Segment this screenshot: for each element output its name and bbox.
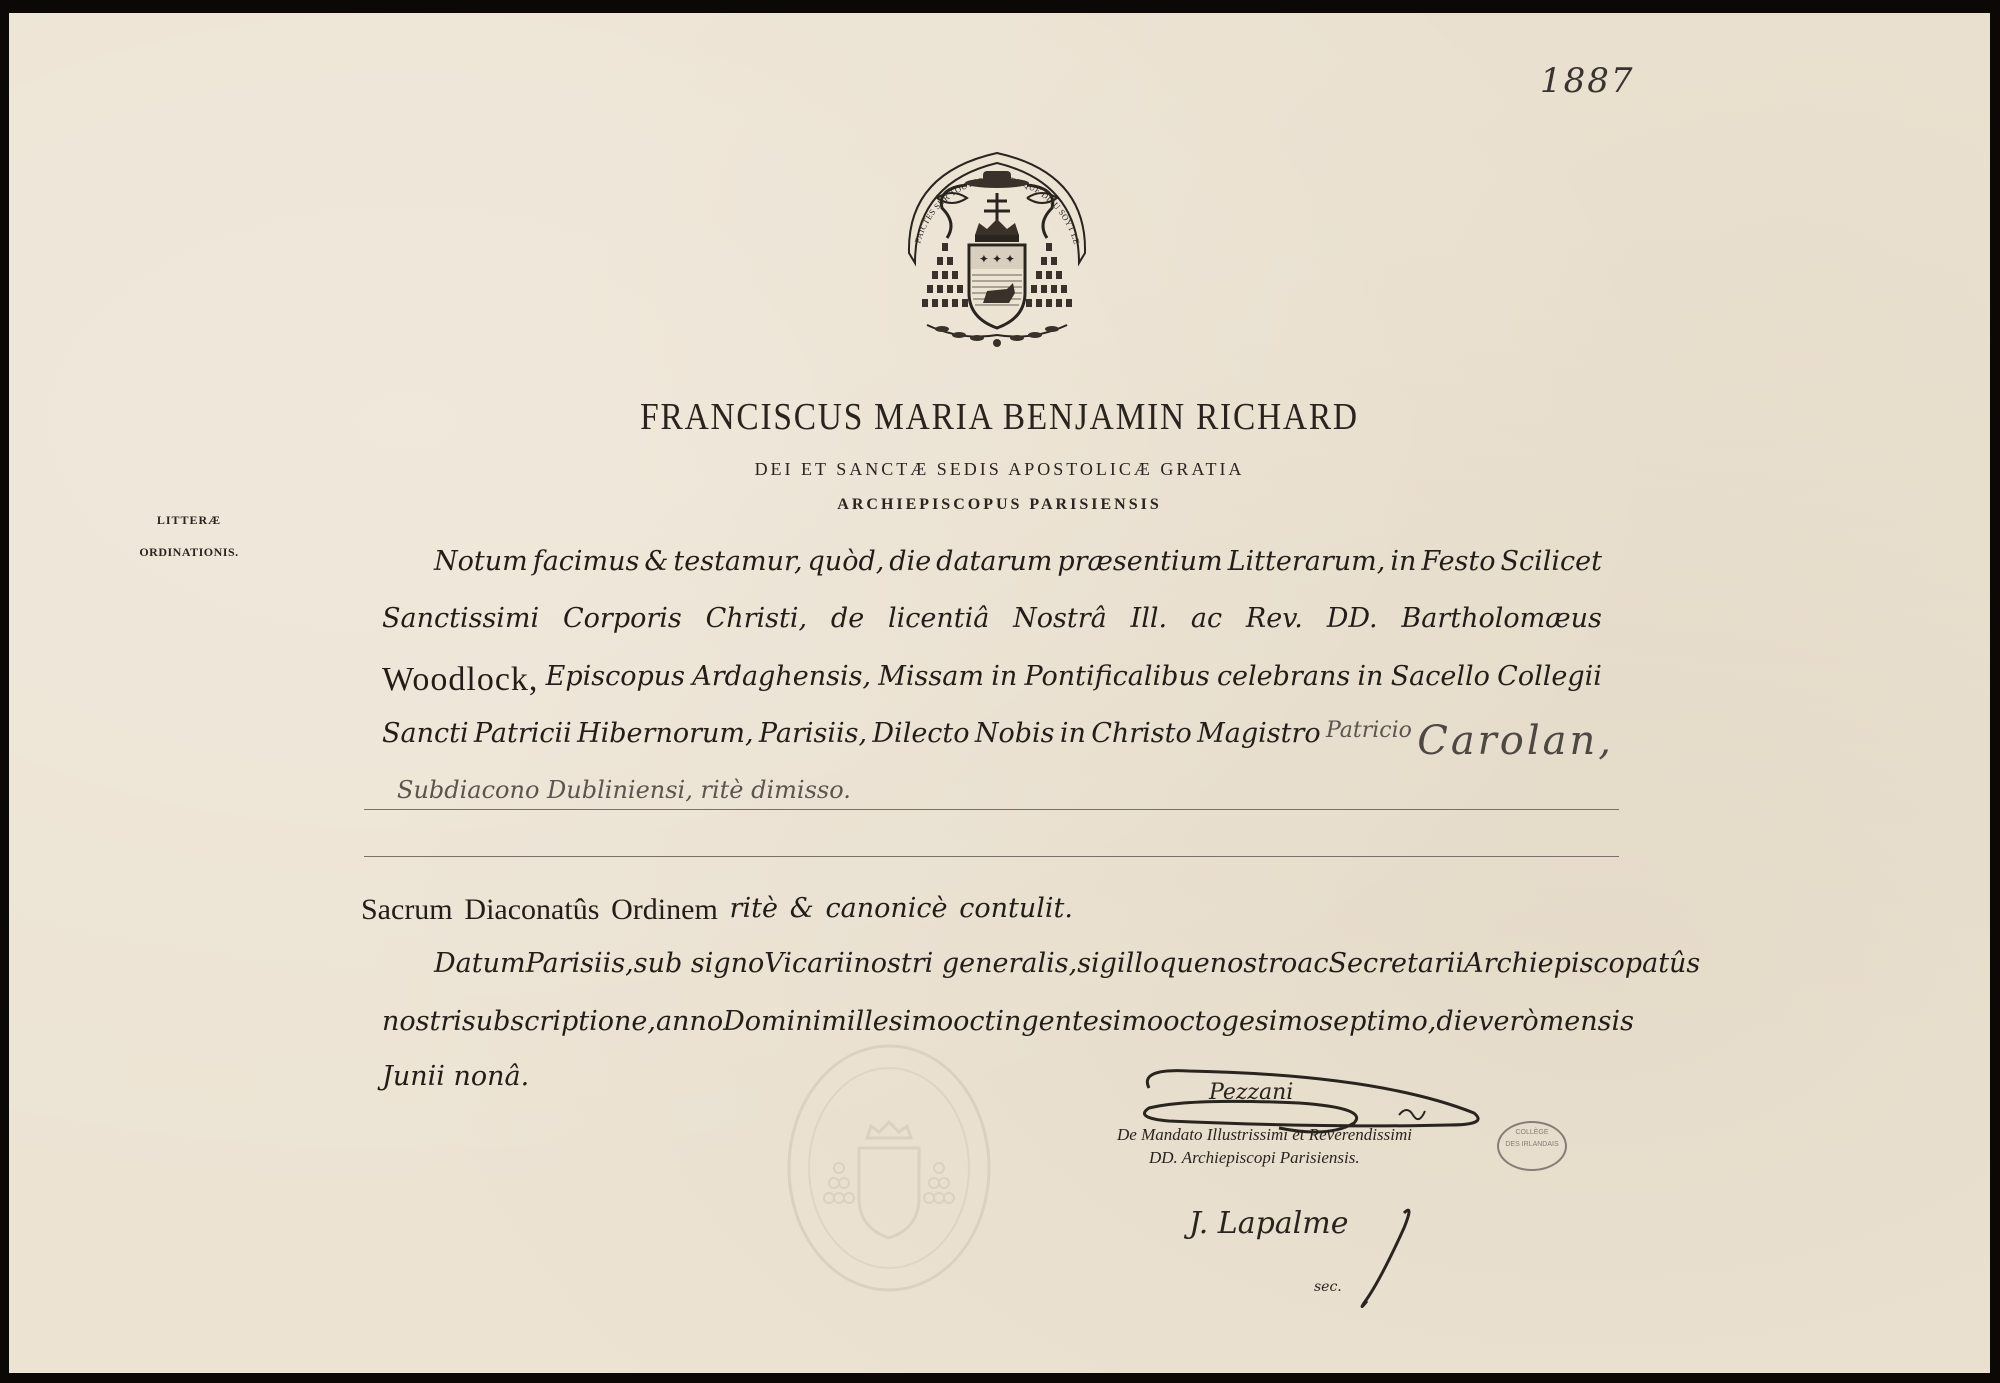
word: Christo [1091,718,1192,764]
fill-in-rule [364,856,1619,857]
word: nostri generalis, [853,948,1077,979]
word: testamur, [673,546,802,577]
word: Nostrâ [1013,603,1107,634]
word: anno [656,1006,723,1037]
mandate-line-1: De Mandato Illustrissimi et Reverendissi… [1117,1125,1412,1145]
word: Magistro [1197,718,1321,764]
order-word: Sacrum [361,893,453,927]
word: septimo, [1319,1006,1436,1037]
word: Festo [1421,546,1495,577]
word: Rev. [1246,603,1303,634]
word: nostri [382,1006,462,1037]
word: ac [1191,603,1222,634]
word: sub signo [634,948,765,979]
word: Sanctissimi [382,603,539,634]
bishop-surname: Woodlock, [382,661,538,699]
document-page: 1887 FAICTES SUR TOUTES CHOSES QUE DIEU … [9,13,1990,1373]
word: celebrans [1217,661,1350,699]
stamp-text-top: COLLÈGE [1499,1127,1565,1139]
word: verò [1478,1006,1538,1037]
word: Collegii [1497,661,1602,699]
word: Nobis [975,718,1055,764]
word: Patricii [474,718,572,764]
coat-of-arms-icon: FAICTES SUR TOUTES CHOSES QUE DIEU SOYT … [897,143,1097,358]
word: Hibernorum, [577,718,753,764]
word: Sancti [382,718,469,764]
word: millesimo [821,1006,953,1037]
order-word: Ordinem [611,893,718,927]
svg-text:J. Lapalme: J. Lapalme [1183,1206,1348,1241]
svg-text:Pezzani: Pezzani [1208,1080,1293,1105]
word: Datum [434,948,526,979]
word: Episcopus [546,661,685,699]
word: octingentesimo [953,1006,1163,1037]
word: Dilecto [872,718,969,764]
margin-title-line2: ORDINATIONIS. [109,545,269,560]
word: Parisiis, [759,718,867,764]
word: datarum [936,546,1052,577]
word: Pontificalibus [1024,661,1209,699]
word: & [644,546,668,577]
embossed-seal-icon [779,1038,999,1298]
handwritten-ordinand-details: Subdiacono Dubliniensi, ritè dimisso. [397,776,851,804]
word: præsentium [1057,546,1222,577]
mandate-line-2: DD. Archiepiscopi Parisiensis. [1149,1148,1360,1168]
word: de [831,603,864,634]
word: canonicè [826,893,948,927]
body-line-9: Junii nonâ. [382,1061,529,1092]
college-stamp: COLLÈGE DES IRLANDAIS [1497,1121,1567,1171]
header-title: ARCHIEPISCOPUS PARISIENSIS [9,496,1990,514]
word: Archiepiscopatûs [1464,948,1700,979]
word: DD. [1327,603,1378,634]
header-subtitle: DEI ET SANCTÆ SEDIS APOSTOLICÆ GRATIA [9,459,1990,480]
margin-title-line1: LITTERÆ [109,513,269,528]
body-line-2: Sanctissimi Corporis Christi, de licenti… [382,603,1602,634]
word: Scilicet [1500,546,1601,577]
word: & [790,893,814,927]
word: die [889,546,931,577]
body-line-7: Datum Parisiis, sub signo Vicarii nostri… [434,948,1602,979]
word: Ill. [1131,603,1168,634]
year-annotation: 1887 [1540,61,1635,101]
body-line-3: Woodlock, Episcopus Ardaghensis, Missam … [382,661,1602,699]
word: subscriptione, [462,1006,656,1037]
word: mensis [1539,1006,1634,1037]
word: facimus [533,546,640,577]
word: Parisiis, [526,948,634,979]
handwritten-surname: Carolan, [1417,718,1614,764]
order-word: Diaconatûs [464,893,599,927]
word: licentiâ [888,603,989,634]
word: Litterarum, [1228,546,1386,577]
word: Bartholomæus [1401,603,1601,634]
word: Christi, [706,603,808,634]
word: die [1436,1006,1478,1037]
word: Ardaghensis, [692,661,871,699]
body-line-8: nostri subscriptione, anno Domini milles… [382,1006,1602,1037]
word: Corporis [563,603,682,634]
word: in [1060,718,1086,764]
scan-border: 1887 FAICTES SUR TOUTES CHOSES QUE DIEU … [0,0,2000,1383]
fill-in-rule [364,809,1619,810]
word: sigilloque [1077,948,1210,979]
body-line-6: Sacrum Diaconatûs Ordinem ritè & canonic… [361,893,1073,927]
word: Secretarii [1329,948,1465,979]
handwritten-first-name: Patricio [1326,718,1412,764]
svg-text:sec.: sec. [1314,1279,1342,1295]
word: Notum [434,546,528,577]
svg-text:✦ ✦ ✦: ✦ ✦ ✦ [979,252,1015,266]
word: quòd, [808,546,885,577]
body-line-1: Notum facimus & testamur, quòd, die data… [434,546,1602,577]
stamp-text-bottom: DES IRLANDAIS [1499,1139,1565,1151]
word: Vicarii [764,948,853,979]
word: octogesimo [1163,1006,1319,1037]
body-line-4: Sancti Patricii Hibernorum, Parisiis, Di… [382,718,1614,764]
word: in [1390,546,1416,577]
word: in [991,661,1017,699]
word: contulit. [959,893,1073,927]
word: in [1357,661,1383,699]
word: Missam [878,661,984,699]
word: ac [1297,948,1328,979]
word: nostro [1210,948,1298,979]
archbishop-name: FRANCISCUS MARIA BENJAMIN RICHARD [128,395,1871,439]
word: ritè [730,893,778,927]
secretary-signature: J. Lapalme sec. [1179,1183,1439,1313]
word: Sacello [1391,661,1490,699]
word: Domini [723,1006,821,1037]
